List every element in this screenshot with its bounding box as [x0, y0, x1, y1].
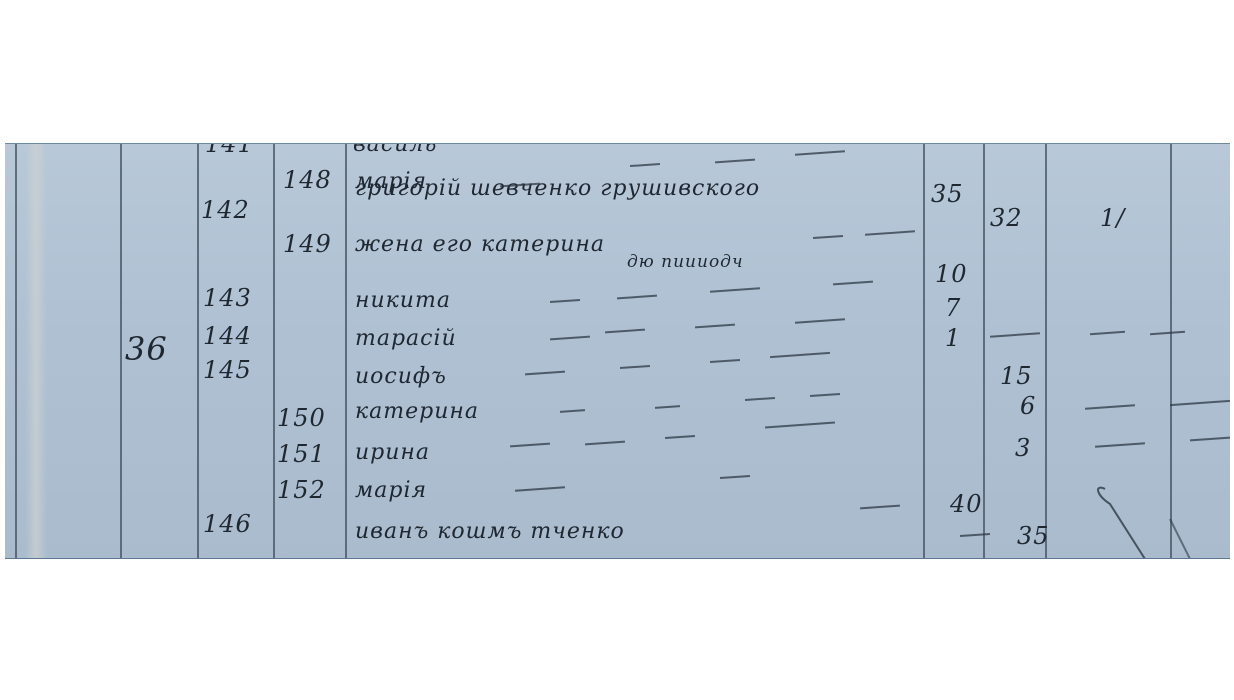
ditto-mark	[695, 324, 735, 329]
ditto-mark	[765, 422, 835, 429]
ditto-mark	[710, 359, 740, 363]
ditto-mark	[605, 329, 645, 334]
male-number: 146	[203, 510, 252, 538]
ditto-mark	[655, 405, 680, 409]
person-name: василь	[353, 143, 437, 157]
ditto-mark	[795, 150, 845, 155]
annotation: дю пиииодч	[627, 252, 744, 272]
column-rule	[197, 144, 199, 558]
ditto-mark	[1150, 331, 1185, 335]
column-rule	[923, 144, 925, 558]
ditto-mark	[745, 397, 775, 401]
person-name: никита	[355, 288, 451, 313]
female-number: 149	[283, 230, 332, 258]
ditto-mark	[990, 332, 1040, 337]
person-name: ирина	[355, 440, 430, 465]
male-number: 141	[205, 143, 254, 158]
column-rule	[983, 144, 985, 558]
ditto-mark	[510, 443, 550, 448]
male-age: 1	[945, 324, 961, 352]
ditto-mark	[550, 299, 580, 303]
male-age: 35	[931, 180, 964, 208]
column-rule	[345, 144, 347, 558]
ditto-mark	[560, 409, 585, 413]
female-age: 35	[1017, 522, 1050, 550]
male-age: 10	[935, 260, 968, 288]
register-scan: 141 василь 148 марія 142 григорій шевчен…	[5, 143, 1230, 559]
ditto-mark	[860, 505, 900, 510]
ditto-mark	[795, 318, 845, 323]
female-number: 148	[283, 166, 332, 194]
column-rule	[273, 144, 275, 558]
ditto-mark	[665, 435, 695, 439]
male-number: 142	[201, 196, 250, 224]
male-age: 40	[950, 490, 983, 518]
person-name: тарасій	[355, 326, 457, 351]
ditto-mark	[1085, 404, 1135, 409]
male-age: 7	[945, 294, 961, 322]
column-rule	[1045, 144, 1047, 558]
male-number: 143	[203, 284, 252, 312]
ditto-mark	[630, 163, 660, 167]
person-name: жена его катерина	[355, 232, 605, 257]
ditto-mark	[550, 336, 590, 341]
person-name: марія	[355, 478, 427, 503]
ditto-mark	[865, 230, 915, 235]
ditto-mark	[515, 486, 565, 491]
ditto-mark	[585, 441, 625, 446]
female-number: 150	[277, 404, 326, 432]
ditto-mark	[710, 287, 760, 292]
person-name: иосифъ	[355, 364, 447, 389]
ditto-mark	[525, 371, 565, 376]
ditto-mark	[1170, 400, 1230, 406]
ditto-mark	[715, 159, 755, 164]
ditto-mark	[810, 393, 840, 397]
female-age: 3	[1015, 434, 1031, 462]
ditto-mark	[1090, 331, 1125, 335]
ditto-mark	[720, 475, 750, 479]
person-name: катерина	[355, 399, 479, 424]
person-name: иванъ кошмъ тченко	[355, 519, 625, 544]
ditto-mark	[833, 281, 873, 286]
female-age: 15	[1000, 362, 1033, 390]
female-age: 6	[1020, 392, 1036, 420]
male-number: 144	[203, 322, 252, 350]
female-age: 32	[990, 204, 1023, 232]
female-number: 151	[277, 440, 326, 468]
ditto-mark	[620, 365, 650, 369]
mark: 1/	[1100, 204, 1125, 232]
ditto-mark	[813, 235, 843, 239]
ditto-mark	[1095, 442, 1145, 447]
column-rule	[120, 144, 122, 558]
female-number: 152	[277, 476, 326, 504]
ditto-mark	[617, 295, 657, 300]
signature-flourish-icon	[1095, 484, 1205, 559]
ditto-mark	[770, 352, 830, 358]
person-name: григорій шевченко грушивского	[355, 176, 760, 201]
male-number: 145	[203, 356, 252, 384]
ditto-mark	[960, 533, 990, 537]
ditto-mark	[1190, 437, 1230, 442]
household-number: 36	[125, 330, 168, 368]
column-rule	[15, 144, 17, 558]
